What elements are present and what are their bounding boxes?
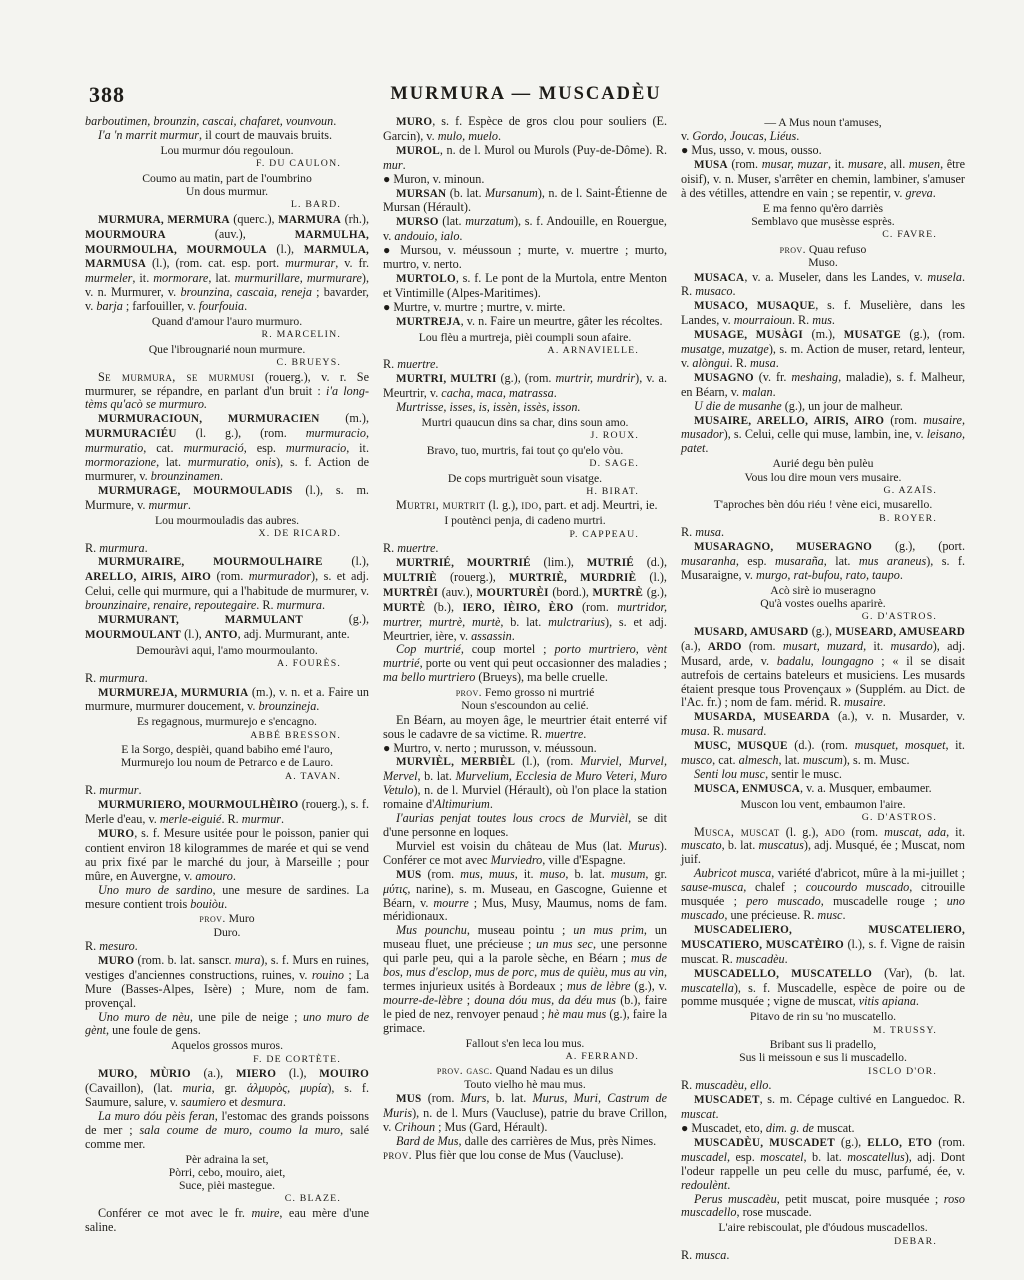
text-segment: (l.), bbox=[267, 242, 304, 256]
text-segment: MURSAN bbox=[396, 188, 446, 200]
attribution: B. ROYER. bbox=[681, 513, 965, 525]
verse-quote: Fallout s'en leca lou mus. bbox=[383, 1037, 667, 1050]
text-segment: murmura bbox=[277, 598, 322, 612]
text-segment: murmuratio, onis bbox=[188, 455, 276, 469]
text-segment: Aubricot musca bbox=[694, 866, 771, 880]
text-segment: I'a 'n marrit murmur bbox=[98, 128, 199, 142]
text-segment: . bbox=[145, 541, 148, 555]
text-segment: MUSC, MUSQUE bbox=[694, 740, 788, 752]
text-segment: prov. bbox=[199, 912, 225, 925]
text-segment: muscatus bbox=[759, 838, 804, 852]
text-segment: . bbox=[512, 629, 515, 643]
text-segment: et bbox=[226, 1095, 241, 1109]
text-segment: . bbox=[916, 994, 919, 1008]
text-segment: , esp. bbox=[727, 1150, 760, 1164]
text-segment: prov. bbox=[780, 243, 806, 256]
verse-line: Murtri quaucun dins sa char, dins soun a… bbox=[383, 416, 667, 429]
verse-line: Murmurejo lou noum de Petrarco e de Laur… bbox=[85, 756, 369, 769]
verse-quote: Bravo, tuo, murtris, fai tout ço qu'elo … bbox=[383, 444, 667, 457]
text-segment: Murtrisse, isses, is, issèn, issès, isso… bbox=[396, 400, 581, 414]
text-segment: musela bbox=[927, 270, 962, 284]
text-segment: musum bbox=[611, 867, 646, 881]
text-segment: musaire bbox=[844, 695, 883, 709]
paragraph: Murviel est voisin du château de Mus (la… bbox=[383, 840, 667, 868]
text-segment: ; farfouiller, v. bbox=[123, 299, 199, 313]
text-column-3: — A Mus noun t'amuses,v. Gordo, Joucas, … bbox=[681, 115, 965, 1263]
paragraph: Senti lou musc, sentir le musc. bbox=[681, 768, 965, 782]
running-head: MURMURA — MUSCADÈU bbox=[85, 84, 967, 105]
paragraph: MURO, s. f. Mesure usitée pour le poisso… bbox=[85, 827, 369, 884]
paragraph: MUSARDA, MUSEARDA (a.), v. n. Musarder, … bbox=[681, 710, 965, 739]
verse-quote: Lou mourmouladis das aubres. bbox=[85, 514, 369, 527]
verse-quote: Es regagnous, murmurejo e s'encagno. bbox=[85, 715, 369, 728]
text-segment: hè mau mus bbox=[548, 1007, 606, 1021]
text-segment: muria bbox=[183, 1081, 212, 1095]
text-segment: (lim.), bbox=[531, 555, 587, 569]
text-segment: muscadèu bbox=[736, 952, 785, 966]
paragraph: MUS (rom. Murs, b. lat. Murus, Muri, Cas… bbox=[383, 1092, 667, 1135]
text-segment: . bbox=[727, 1178, 730, 1192]
text-segment: MURTRIÉ, MOURTRIÉ bbox=[396, 557, 531, 569]
paragraph: MUSC, MUSQUE (d.). (rom. musquet, mosque… bbox=[681, 739, 965, 768]
text-segment: . bbox=[900, 568, 903, 582]
text-segment: (b. lat. bbox=[446, 186, 485, 200]
text-segment: MURSO bbox=[396, 216, 439, 228]
paragraph: MURMURANT, MARMULANT (g.), MOURMOULANT (… bbox=[85, 613, 369, 643]
verse-line: Qu'à vostes ouelhs aparirè. bbox=[681, 597, 965, 610]
text-segment: dim. g. de bbox=[766, 1121, 814, 1135]
verse-line: Quand d'amour l'auro murmuro. bbox=[85, 315, 369, 328]
text-segment: musaco bbox=[695, 284, 732, 298]
verse-line: Coumo au matin, part de l'oumbrino bbox=[85, 172, 369, 185]
text-segment: Murmurejo lou noum de Petrarco e de Laur… bbox=[121, 756, 333, 769]
text-segment: , it. bbox=[346, 441, 369, 455]
text-segment: IERO, IÈIRO, ÈRO bbox=[463, 602, 574, 614]
verse-line: Lou flèu a murtreja, pièi coumpli soun a… bbox=[383, 331, 667, 344]
text-segment: . bbox=[188, 498, 191, 512]
text-segment: . bbox=[224, 897, 227, 911]
text-segment: (rom. bbox=[884, 413, 923, 427]
paragraph: Se murmura, se murmusi (rouerg.), v. r. … bbox=[85, 371, 369, 413]
text-segment: , gr. bbox=[212, 1081, 247, 1095]
text-segment: ma bello murtriero bbox=[383, 670, 475, 684]
text-segment: MURMURA, MERMURA bbox=[98, 214, 230, 226]
text-segment: R. bbox=[681, 525, 695, 539]
text-segment: (Brueys), ma belle cruelle. bbox=[475, 670, 608, 684]
attribution: A. FERRAND. bbox=[383, 1051, 667, 1063]
verse-quote: Aurié degu bèn pulèuVous lou dire moun v… bbox=[681, 457, 965, 484]
verse-quote: Lou murmur dóu regouloun. bbox=[85, 144, 369, 157]
text-segment: musardo bbox=[891, 639, 933, 653]
text-segment: ● Muscadet, eto, bbox=[681, 1121, 766, 1135]
text-segment: murmur bbox=[149, 498, 188, 512]
paragraph: ● Muron, v. minoun. bbox=[383, 173, 667, 187]
text-segment: . R. bbox=[792, 313, 812, 327]
text-segment: mourraioun bbox=[734, 313, 792, 327]
verse-line: Fallout s'en leca lou mus. bbox=[383, 1037, 667, 1050]
text-segment: murmurador bbox=[249, 569, 311, 583]
paragraph: MURTRIÉ, MOURTRIÉ (lim.), MUTRIÉ (d.), M… bbox=[383, 556, 667, 643]
text-segment: ● Muron, v. minoun. bbox=[383, 172, 484, 186]
text-segment: Qu'à vostes ouelhs aparirè. bbox=[760, 597, 885, 610]
text-segment: T'aproches bèn dóu riéu ! vène eici, mus… bbox=[714, 498, 933, 511]
paragraph: MURMUREJA, MURMURIA (m.), v. n. et a. Fa… bbox=[85, 686, 369, 715]
text-segment: Altimurium bbox=[434, 797, 490, 811]
text-segment: , muscadelle rouge ; bbox=[821, 894, 947, 908]
paragraph: MUS (rom. mus, muus, it. muso, b. lat. m… bbox=[383, 868, 667, 925]
text-segment: MURO bbox=[396, 116, 432, 128]
text-segment: mus de lèbre bbox=[567, 979, 631, 993]
text-segment: ARDO bbox=[708, 641, 742, 653]
text-segment: brounzineja bbox=[259, 699, 317, 713]
text-segment: meshaing bbox=[791, 370, 838, 384]
text-segment: . R. bbox=[730, 356, 750, 370]
text-segment: . bbox=[145, 671, 148, 685]
text-segment: murmuracio bbox=[286, 441, 346, 455]
text-segment: — A Mus noun t'amuses, bbox=[764, 116, 881, 129]
text-segment: μύτις bbox=[383, 882, 407, 896]
verse-line: Un dous murmur. bbox=[85, 185, 369, 198]
text-segment: musa bbox=[695, 525, 721, 539]
text-segment: (l.), bbox=[636, 570, 667, 584]
text-segment: Pitavo de rin su 'no muscatello. bbox=[750, 1010, 896, 1023]
text-segment: (Cavaillon), (lat. bbox=[85, 1081, 183, 1095]
text-segment: Femo grosso ni murtrié bbox=[482, 686, 594, 699]
text-segment: Quand d'amour l'auro murmuro. bbox=[152, 315, 302, 328]
text-segment: (rom. bbox=[211, 569, 249, 583]
text-segment: MUSACO, MUSAQUE bbox=[694, 300, 815, 312]
text-segment: (d.), bbox=[634, 555, 667, 569]
paragraph: R. musca. bbox=[681, 1249, 965, 1263]
attribution: ABBÉ BRESSON. bbox=[85, 730, 369, 742]
text-segment: . bbox=[403, 158, 406, 172]
text-segment: muscat, ada bbox=[884, 825, 946, 839]
attribution: P. CAPPEAU. bbox=[383, 529, 667, 541]
text-segment: Conférer ce mot avec le fr. bbox=[98, 1206, 251, 1220]
attribution: R. MARCELIN. bbox=[85, 329, 369, 341]
text-segment: muscatella bbox=[681, 981, 734, 995]
text-segment: MURMURAIRE, MOURMOULHAIRE bbox=[98, 556, 323, 568]
text-segment: musquet, mosquet bbox=[855, 738, 946, 752]
text-segment: . bbox=[721, 525, 724, 539]
text-segment: vitis apiana bbox=[859, 994, 916, 1008]
text-segment: Uno muro de sardino bbox=[98, 883, 213, 897]
text-segment: (m.), bbox=[320, 411, 369, 425]
paragraph: MURO, s. f. Espèce de gros clou pour sou… bbox=[383, 115, 667, 144]
text-segment: (querc.), bbox=[230, 212, 278, 226]
text-segment: Bribant sus li pradello, bbox=[770, 1038, 876, 1051]
text-segment: murmur bbox=[242, 812, 281, 826]
text-segment: MURTRÈI bbox=[383, 587, 438, 599]
paragraph: ● Murtre, v. murtre ; murtre, v. mirte. bbox=[383, 301, 667, 315]
text-segment: Murus bbox=[628, 839, 660, 853]
text-segment: mulctrarius bbox=[548, 615, 605, 629]
text-segment: brounzinaire, renaire, repoutegaire bbox=[85, 598, 256, 612]
text-segment: ● Murtre, v. murtre ; murtre, v. mirte. bbox=[383, 300, 565, 314]
text-segment: , museau pointu ; bbox=[467, 923, 573, 937]
text-segment: . bbox=[796, 129, 799, 143]
text-segment: , esp. bbox=[736, 554, 775, 568]
text-segment: Aquelos grossos muros. bbox=[171, 1039, 283, 1052]
text-segment: Uno muro de nèu bbox=[98, 1010, 190, 1024]
verse-line: Duro. bbox=[85, 926, 369, 939]
text-segment: Que l'ibrougnarié noun murmure. bbox=[149, 343, 306, 356]
text-segment: , b. lat. bbox=[722, 838, 759, 852]
text-segment: (rom. bbox=[421, 1091, 460, 1105]
text-segment: Un dous murmur. bbox=[186, 185, 268, 198]
text-segment: , b. lat. bbox=[804, 1150, 848, 1164]
text-segment: U die de musanhe bbox=[694, 399, 782, 413]
text-segment: mormorazione bbox=[85, 455, 156, 469]
paragraph: R. murmur. bbox=[85, 784, 369, 798]
text-segment: , it. bbox=[132, 271, 153, 285]
paragraph: Bard de Mus, dalle des carrières de Mus,… bbox=[383, 1135, 667, 1149]
paragraph: Murtrisse, isses, is, issèn, issès, isso… bbox=[383, 401, 667, 415]
text-segment: MARMURA bbox=[278, 214, 341, 226]
text-segment: MURO bbox=[98, 828, 134, 840]
text-segment: Es regagnous, murmurejo e s'encagno. bbox=[137, 715, 317, 728]
text-segment: (d.). (rom. bbox=[788, 738, 855, 752]
text-segment: , coup mortel ; bbox=[461, 642, 555, 656]
text-segment: , esp. bbox=[244, 441, 286, 455]
verse-line: I poutènci penja, di cadeno murtri. bbox=[383, 514, 667, 527]
text-segment: murmurillare, murmurare bbox=[235, 271, 362, 285]
paragraph: Murtri, murtrit (l. g.), ido, part. et a… bbox=[383, 499, 667, 513]
text-segment: (l. g.), bbox=[485, 498, 521, 512]
text-segment: Cop murtrié bbox=[396, 642, 461, 656]
attribution: L. BARD. bbox=[85, 199, 369, 211]
text-segment: MURTRÈ bbox=[593, 587, 644, 599]
text-segment: (auv.), bbox=[438, 585, 476, 599]
text-segment: (l.), bbox=[276, 1066, 319, 1080]
text-segment: , une pile de neige ; bbox=[190, 1010, 303, 1024]
attribution: DEBAR. bbox=[681, 1236, 965, 1248]
text-segment: Crihoun bbox=[394, 1120, 435, 1134]
paragraph: MUSACA, v. a. Museler, dans les Landes, … bbox=[681, 271, 965, 300]
text-segment: mus araneus bbox=[859, 554, 926, 568]
verse-quote: Lou flèu a murtreja, pièi coumpli soun a… bbox=[383, 331, 667, 344]
text-segment: (v. fr. bbox=[754, 370, 792, 384]
paragraph: R. murmura. bbox=[85, 542, 369, 556]
verse-quote: Coumo au matin, part de l'oumbrinoUn dou… bbox=[85, 172, 369, 199]
text-segment: barboutimen, brounzin, cascai, chafaret,… bbox=[85, 114, 333, 128]
attribution: F. DU CAULON. bbox=[85, 158, 369, 170]
paragraph: ● Mursou, v. méussoun ; murte, v. muertr… bbox=[383, 244, 667, 272]
text-segment: (l.), (rom. cat. esp. port. bbox=[146, 256, 285, 270]
text-segment: L'aire rebiscoulat, ple d'óudous muscade… bbox=[718, 1221, 927, 1234]
paragraph: MUSARAGNO, MUSERAGNO (g.), (port. musara… bbox=[681, 540, 965, 583]
text-segment: , rose muscade. bbox=[737, 1205, 812, 1219]
text-segment: murmuració bbox=[183, 441, 243, 455]
paragraph: Uno muro de nèu, une pile de neige ; uno… bbox=[85, 1011, 369, 1039]
paragraph: MURTREJA, v. n. Faire un meurtre, gâter … bbox=[383, 315, 667, 330]
text-segment: sause-musca bbox=[681, 880, 743, 894]
verse-line: Es regagnous, murmurejo e s'encagno. bbox=[85, 715, 369, 728]
text-segment: Muro bbox=[226, 912, 255, 925]
text-segment: (g.), v. bbox=[631, 979, 668, 993]
paragraph: MURTRI, MULTRI (g.), (rom. murtrir, murd… bbox=[383, 372, 667, 401]
paragraph: MUSACO, MUSAQUE, s. f. Muselière, dans l… bbox=[681, 299, 965, 328]
text-segment: Murviedro bbox=[491, 853, 543, 867]
verse-line: Bribant sus li pradello, bbox=[681, 1038, 965, 1051]
text-segment: , b. lat. bbox=[500, 615, 548, 629]
attribution: X. DE RICARD. bbox=[85, 528, 369, 540]
text-segment: Quand Nadau es un dilus bbox=[493, 1064, 613, 1077]
text-segment: mourre-de-lèbre bbox=[383, 993, 463, 1007]
text-segment: Muso. bbox=[808, 256, 838, 269]
verse-quote: Aquelos grossos muros. bbox=[85, 1039, 369, 1052]
paragraph: R. musa. bbox=[681, 526, 965, 540]
text-segment: prov. bbox=[383, 1148, 412, 1162]
text-segment: . bbox=[281, 812, 284, 826]
text-segment: , sentir le musc. bbox=[765, 767, 842, 781]
attribution: M. TRUSSY. bbox=[681, 1025, 965, 1037]
verse-line: Muso. bbox=[681, 256, 965, 269]
text-segment: (auv.), bbox=[166, 227, 295, 241]
text-segment: ), n. de l. Murviel (Hérault), où l'on p… bbox=[383, 783, 667, 811]
text-segment: . bbox=[763, 724, 766, 738]
text-segment: Quau refuso bbox=[806, 243, 866, 256]
text-segment: Se murmura, se murmusi bbox=[98, 370, 254, 384]
text-segment: , b. lat. bbox=[418, 769, 456, 783]
verse-line: Bravo, tuo, murtris, fai tout ço qu'elo … bbox=[383, 444, 667, 457]
text-segment: E ma fenno qu'èro darriès bbox=[763, 202, 883, 215]
verse-line: Muscon lou vent, embaumon l'aire. bbox=[681, 798, 965, 811]
text-segment: saumiero bbox=[181, 1095, 226, 1109]
verse-line: E la Sorgo, despièi, quand babiho emé l'… bbox=[85, 743, 369, 756]
text-segment: MURMURACIÉU bbox=[85, 428, 177, 440]
verse-line: Pitavo de rin su 'no muscatello. bbox=[681, 1010, 965, 1023]
verse-quote: L'aire rebiscoulat, ple d'óudous muscade… bbox=[681, 1221, 965, 1234]
verse-line: prov. Quau refuso bbox=[681, 243, 965, 256]
attribution: A. TAVAN. bbox=[85, 771, 369, 783]
text-segment: . bbox=[726, 1248, 729, 1262]
text-segment: Lou mourmouladis das aubres. bbox=[155, 514, 299, 527]
text-segment: MUSARAGNO, MUSERAGNO bbox=[694, 541, 872, 553]
text-segment: , it. bbox=[945, 738, 965, 752]
text-segment: . bbox=[498, 129, 501, 143]
text-segment: . bbox=[768, 1078, 771, 1092]
text-segment: R. bbox=[85, 671, 99, 685]
paragraph: prov. Plus fièr que lou conse de Mus (Va… bbox=[383, 1149, 667, 1163]
verse-quote: — A Mus noun t'amuses, bbox=[681, 116, 965, 129]
verse-quote: Quand d'amour l'auro murmuro. bbox=[85, 315, 369, 328]
text-segment: MOURTURÈI bbox=[476, 587, 548, 599]
text-segment: almesch bbox=[739, 753, 779, 767]
paragraph: MUSCADELIERO, MUSCATELIERO, MUSCATIERO, … bbox=[681, 923, 965, 967]
text-segment: MURTOLO bbox=[396, 273, 456, 285]
text-segment: R. bbox=[681, 1248, 695, 1262]
text-segment: , lat. bbox=[156, 455, 188, 469]
verse-quote: prov. Quau refusoMuso. bbox=[681, 243, 965, 270]
text-segment: (rom. bbox=[421, 867, 460, 881]
verse-quote: Murtri quaucun dins sa char, dins soun a… bbox=[383, 416, 667, 429]
text-segment: MUSARDA, MUSEARDA bbox=[694, 711, 830, 723]
text-segment: I poutènci penja, di cadeno murtri. bbox=[444, 514, 605, 527]
text-segment: (l.), (rom. bbox=[515, 754, 580, 768]
text-segment: mesuro bbox=[99, 939, 134, 953]
text-segment: (Var), (b. lat. bbox=[872, 966, 965, 980]
verse-line: L'aire rebiscoulat, ple d'óudous muscade… bbox=[681, 1221, 965, 1234]
verse-line: Lou murmur dóu regouloun. bbox=[85, 144, 369, 157]
text-segment: mormorare bbox=[153, 271, 208, 285]
verse-quote: prov. gasc. Quand Nadau es un dilusTouto… bbox=[383, 1064, 667, 1091]
text-segment: muire bbox=[251, 1206, 279, 1220]
verse-line: prov. Muro bbox=[85, 912, 369, 925]
text-segment: , lat. bbox=[824, 554, 859, 568]
text-segment: (rom. b. lat. sanscr. bbox=[134, 953, 234, 967]
paragraph: R. mesuro. bbox=[85, 940, 369, 954]
verse-line: Pèr adraina la set, bbox=[85, 1153, 369, 1166]
paragraph: MURTOLO, s. f. Le pont de la Murtola, en… bbox=[383, 272, 667, 301]
text-segment: prov. bbox=[456, 686, 482, 699]
paragraph: R. murmura. bbox=[85, 672, 369, 686]
text-segment: La muro dóu pèis feran bbox=[98, 1109, 215, 1123]
text-segment: . bbox=[135, 939, 138, 953]
verse-line: T'aproches bèn dóu riéu ! vène eici, mus… bbox=[681, 498, 965, 511]
text-segment: ; bbox=[463, 993, 475, 1007]
text-segment: . bbox=[435, 541, 438, 555]
text-segment: murmura bbox=[99, 671, 144, 685]
paragraph: v. Gordo, Joucas, Liéus. bbox=[681, 130, 965, 144]
paragraph: MURSAN (b. lat. Mursanum), n. de l. Sain… bbox=[383, 187, 667, 216]
text-segment: MURMURANT, MARMULANT bbox=[98, 614, 303, 626]
text-segment: musa bbox=[681, 724, 707, 738]
text-segment: muso bbox=[540, 867, 566, 881]
text-segment: MUSARD, AMUSARD bbox=[694, 626, 808, 638]
text-segment: Suce, pièi mastegue. bbox=[179, 1179, 275, 1192]
text-segment: ), s. Celui, celle qui muse, lambin, ine… bbox=[724, 427, 927, 441]
text-segment: MURTRI, MULTRI bbox=[396, 373, 497, 385]
text-segment: muertre bbox=[545, 727, 583, 741]
text-segment: ἁλμυρὸς, μυρία bbox=[247, 1081, 328, 1095]
text-segment: MURTÈ bbox=[383, 602, 425, 614]
paragraph: ● Mus, usso, v. mous, ousso. bbox=[681, 144, 965, 158]
attribution: A. ARNAVIELLE. bbox=[383, 345, 667, 357]
text-segment: MUS bbox=[396, 1093, 421, 1105]
text-segment: , gr. bbox=[645, 867, 667, 881]
attribution: G. AZAÏS. bbox=[681, 485, 965, 497]
text-segment: bouiòu bbox=[190, 897, 224, 911]
text-segment: musca bbox=[695, 1248, 726, 1262]
paragraph: MURMURAIRE, MOURMOULHAIRE (l.), ARELLO, … bbox=[85, 555, 369, 613]
text-segment: fourfouia bbox=[199, 299, 244, 313]
text-segment: , it. bbox=[946, 825, 965, 839]
text-segment: prov. gasc. bbox=[437, 1064, 493, 1077]
text-segment: (g.), bbox=[808, 624, 835, 638]
text-segment: musco bbox=[681, 753, 712, 767]
text-segment: Semblavo que musèsse esprès. bbox=[751, 215, 894, 228]
paragraph: R. muertre. bbox=[383, 542, 667, 556]
verse-quote: prov. MuroDuro. bbox=[85, 912, 369, 939]
text-segment: mulo, muelo bbox=[438, 129, 498, 143]
text-segment: un mus sec bbox=[536, 937, 593, 951]
text-segment: coucourdo muscado bbox=[806, 880, 910, 894]
text-segment: murmura bbox=[99, 541, 144, 555]
text-segment: murmeler bbox=[85, 271, 132, 285]
attribution: C. BRUEYS. bbox=[85, 357, 369, 369]
text-segment: . bbox=[785, 952, 788, 966]
verse-quote: Pitavo de rin su 'no muscatello. bbox=[681, 1010, 965, 1023]
text-segment: R. bbox=[85, 541, 99, 555]
paragraph: Mus pounchu, museau pointu ; un mus prim… bbox=[383, 924, 667, 1035]
text-segment: Muscon lou vent, embaumon l'aire. bbox=[740, 798, 905, 811]
text-segment: , lat. bbox=[779, 753, 803, 767]
text-segment: , it. bbox=[515, 867, 540, 881]
paragraph: MURSO (lat. murzatum), s. f. Andouille, … bbox=[383, 215, 667, 244]
text-segment: ado bbox=[825, 825, 846, 839]
verse-line: Acò sirè io museragno bbox=[681, 584, 965, 597]
